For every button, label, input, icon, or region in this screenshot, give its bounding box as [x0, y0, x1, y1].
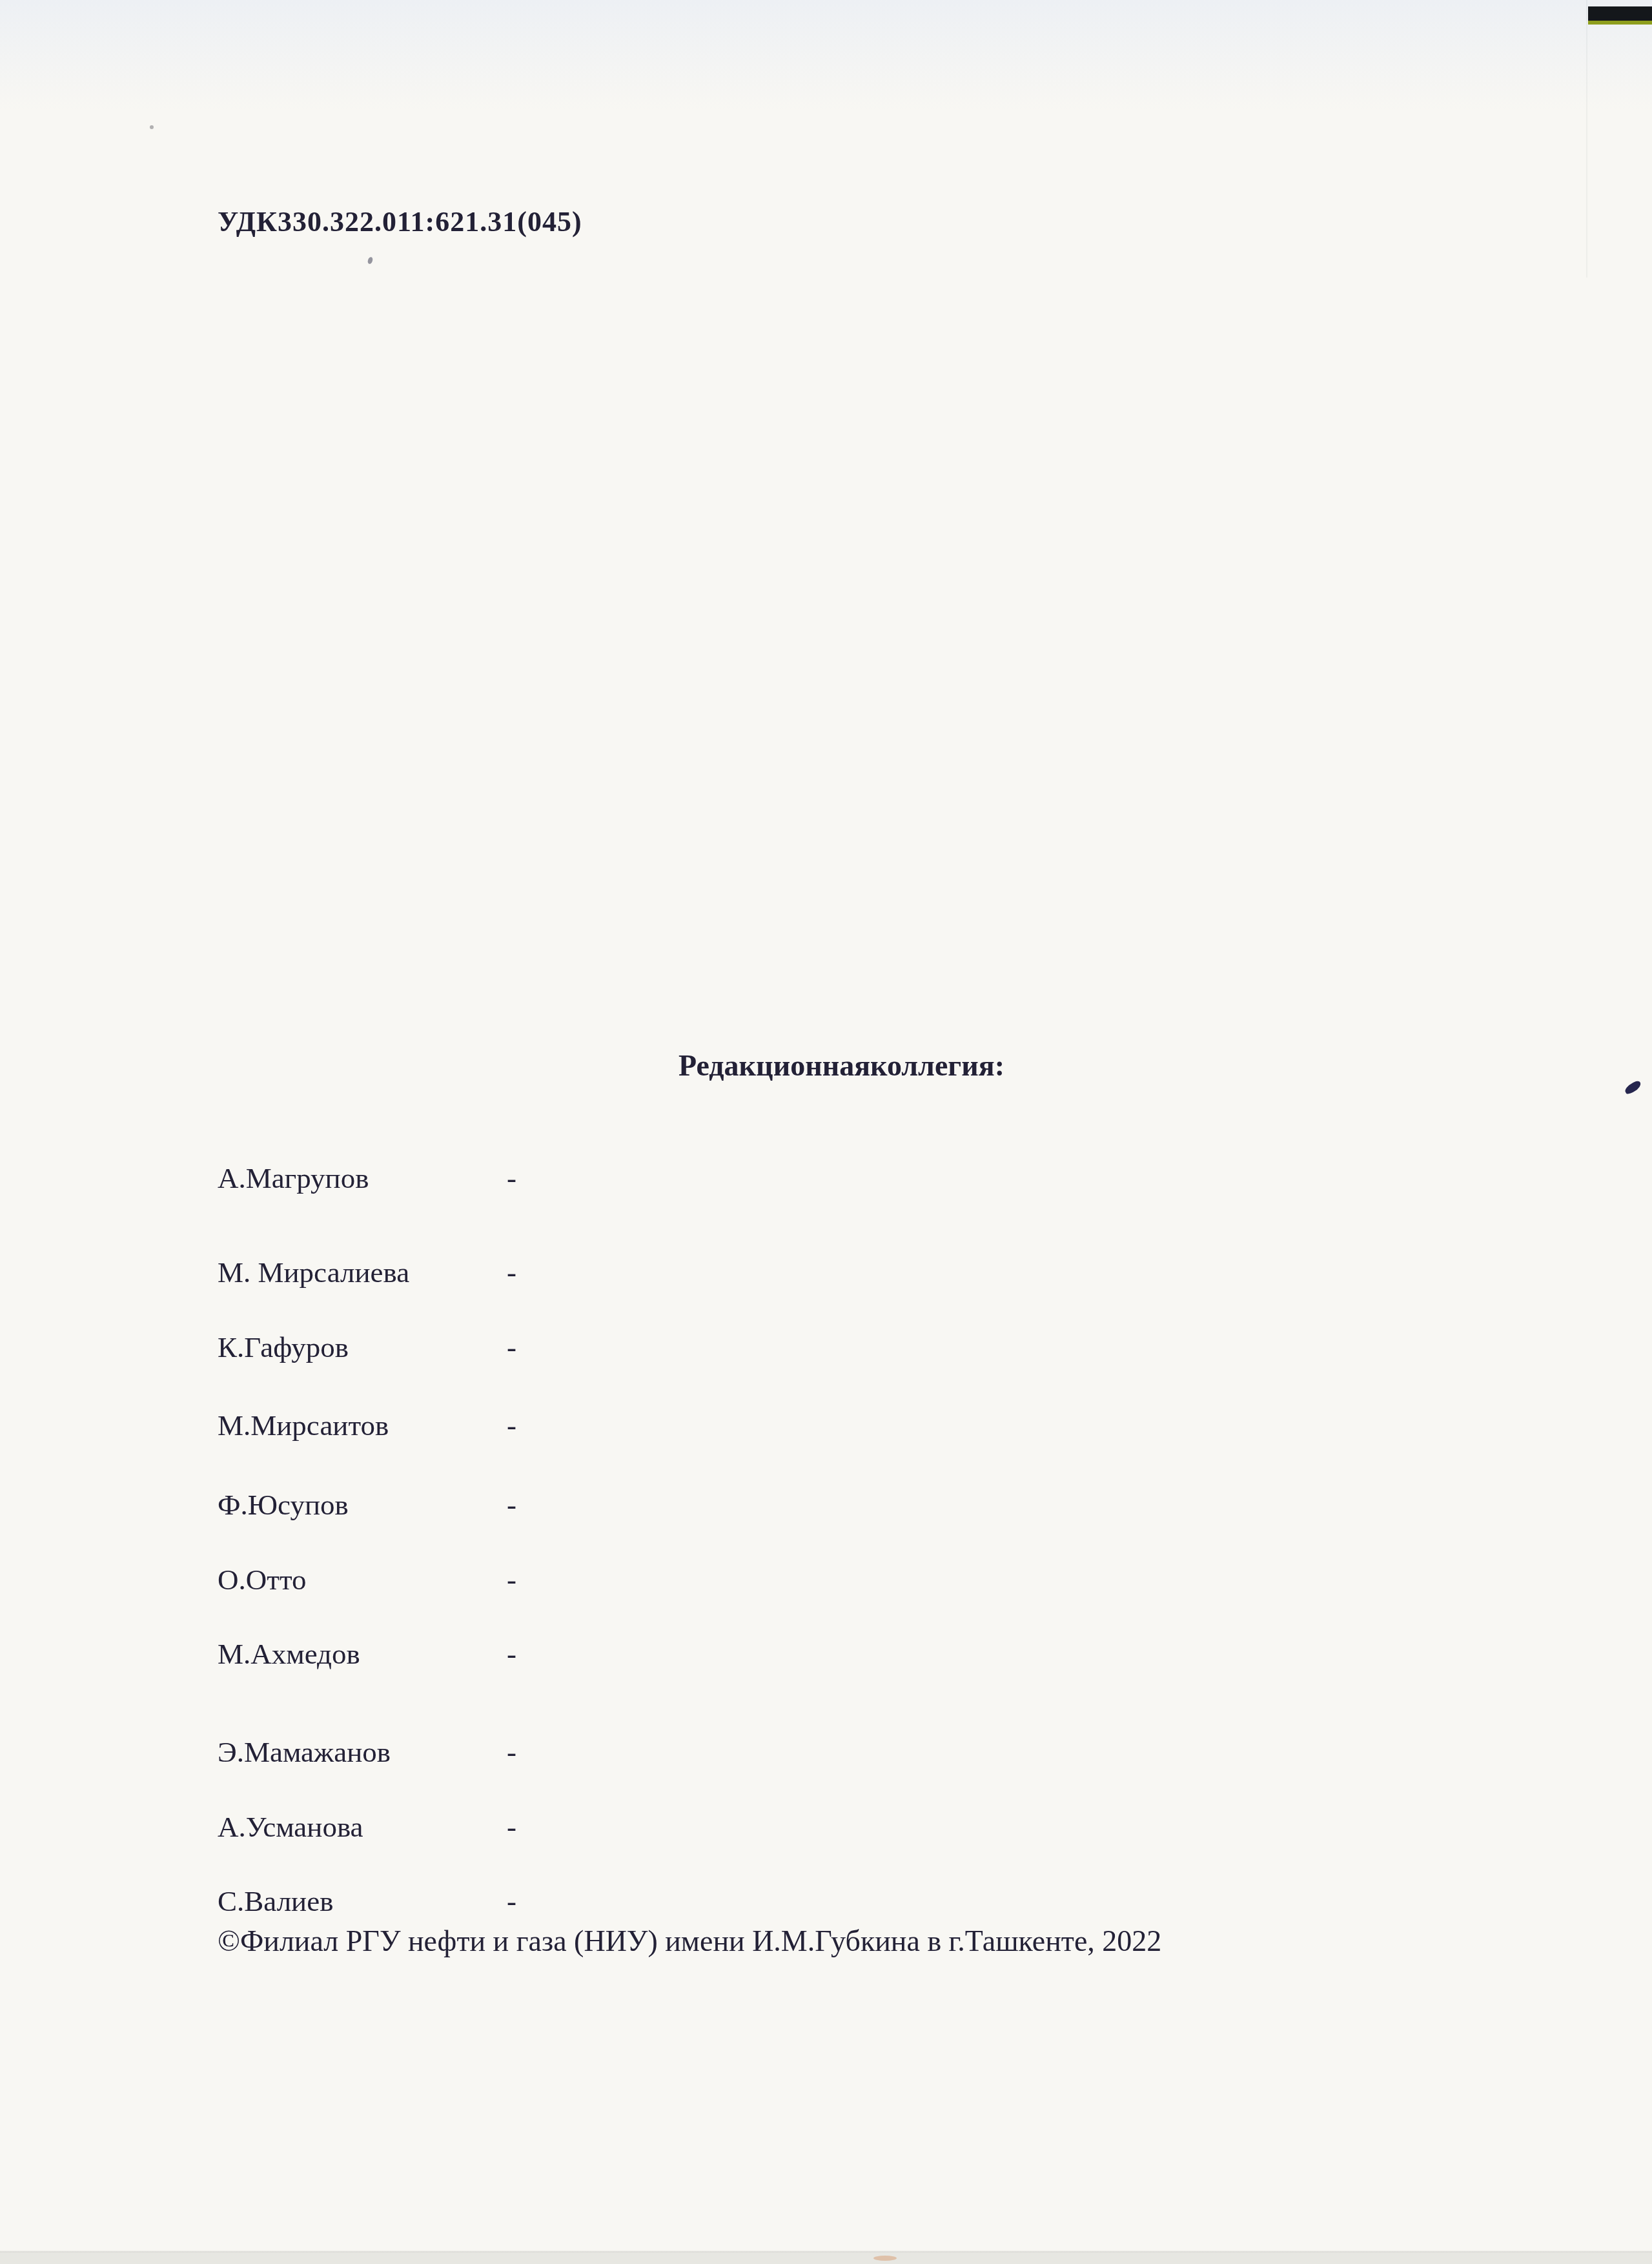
member-role: [544, 1803, 1465, 1850]
text-line: [218, 365, 1465, 412]
editorial-board-list: А.Магрупов - М. Мирсалиева - К.Гафуров -…: [218, 1131, 1465, 1924]
board-row: Э.Мамажанов -: [218, 1705, 1465, 1799]
scanner-edge-line: [1586, 0, 1587, 278]
member-name: Э.Мамажанов: [218, 1735, 507, 1769]
member-name: Ф.Юсупов: [218, 1488, 507, 1522]
member-name: С.Валиев: [218, 1884, 507, 1918]
board-row: М.Мирсаитов -: [218, 1402, 1465, 1449]
audience-paragraph: [218, 740, 1465, 974]
text-line: [218, 505, 1465, 553]
text-line: [544, 1131, 1465, 1178]
member-role: [544, 1323, 1465, 1371]
text-line: [218, 740, 1465, 787]
board-row: Ф.Юсупов -: [218, 1458, 1465, 1552]
board-row: С.Валиев -: [218, 1877, 1465, 1924]
member-role: [544, 1607, 1465, 1701]
member-name: А.Усманова: [218, 1810, 507, 1844]
text-line: [218, 881, 1465, 928]
text-line: [218, 412, 1465, 459]
member-role: [544, 1402, 1465, 1449]
text-line: [218, 318, 1465, 365]
member-name: А.Магрупов: [218, 1161, 507, 1195]
separator-dash: -: [507, 1331, 544, 1364]
copyright-line: ©Филиал РГУ нефти и газа (НИУ) имени И.М…: [218, 1924, 1161, 1958]
text-line: [544, 1323, 1465, 1371]
text-line: [544, 1654, 1465, 1701]
text-line: [218, 599, 1465, 646]
text-line: [544, 1178, 1465, 1225]
board-row: М. Мирсалиева -: [218, 1225, 1465, 1320]
separator-dash: -: [507, 1409, 544, 1442]
text-line: [544, 1556, 1465, 1603]
paper-speck: [150, 125, 154, 129]
editorial-board-heading: Редакционнаяколлегия:: [218, 1048, 1465, 1083]
member-name: К.Гафуров: [218, 1331, 507, 1364]
member-name: О.Отто: [218, 1563, 507, 1596]
member-role: [544, 1556, 1465, 1603]
separator-dash: -: [507, 1637, 544, 1671]
paper-speck: [873, 2256, 897, 2261]
board-row: О.Отто -: [218, 1556, 1465, 1603]
separator-dash: -: [507, 1161, 544, 1195]
text-line: [218, 458, 1465, 505]
text-line: [544, 1752, 1465, 1799]
board-row: К.Гафуров -: [218, 1323, 1465, 1371]
text-line: [544, 1402, 1465, 1449]
separator-dash: -: [507, 1810, 544, 1844]
text-line: [218, 646, 1465, 693]
text-line: [218, 553, 1465, 600]
text-line: [544, 1705, 1465, 1752]
member-name: М. Мирсалиева: [218, 1256, 507, 1289]
intro-paragraph: [218, 271, 1465, 740]
scanned-document-page: УДК330.322.011:621.31(045) Редакционнаяк…: [0, 0, 1652, 2264]
board-row: М.Ахмедов -: [218, 1607, 1465, 1701]
member-role: [544, 1458, 1465, 1552]
text-line: [218, 271, 1465, 318]
text-line: [218, 787, 1465, 834]
text-line: [218, 833, 1465, 881]
separator-dash: -: [507, 1256, 544, 1289]
member-role: [544, 1877, 1465, 1924]
udk-code: УДК330.322.011:621.31(045): [218, 205, 582, 238]
member-role: [544, 1131, 1465, 1225]
paper-speck: [367, 256, 373, 265]
separator-dash: -: [507, 1488, 544, 1522]
text-line: [544, 1458, 1465, 1505]
text-line: [544, 1803, 1465, 1850]
member-name: М.Мирсаитов: [218, 1409, 507, 1442]
board-row: А.Усманова -: [218, 1803, 1465, 1850]
separator-dash: -: [507, 1735, 544, 1769]
separator-dash: -: [507, 1884, 544, 1918]
board-row: А.Магрупов -: [218, 1131, 1465, 1225]
scanner-corner-bar: [1588, 6, 1652, 21]
scanner-corner-accent-line: [1588, 21, 1652, 25]
member-name: М.Ахмедов: [218, 1637, 507, 1671]
text-line: [544, 1225, 1465, 1272]
separator-dash: -: [507, 1563, 544, 1596]
member-role: [544, 1225, 1465, 1320]
text-line: [544, 1607, 1465, 1654]
text-line: [544, 1505, 1465, 1552]
text-line: [544, 1877, 1465, 1924]
text-line: [544, 1272, 1465, 1320]
ink-mark: [1624, 1079, 1643, 1095]
text-line: [218, 927, 1465, 974]
member-role: [544, 1705, 1465, 1799]
text-line: [218, 693, 1465, 740]
